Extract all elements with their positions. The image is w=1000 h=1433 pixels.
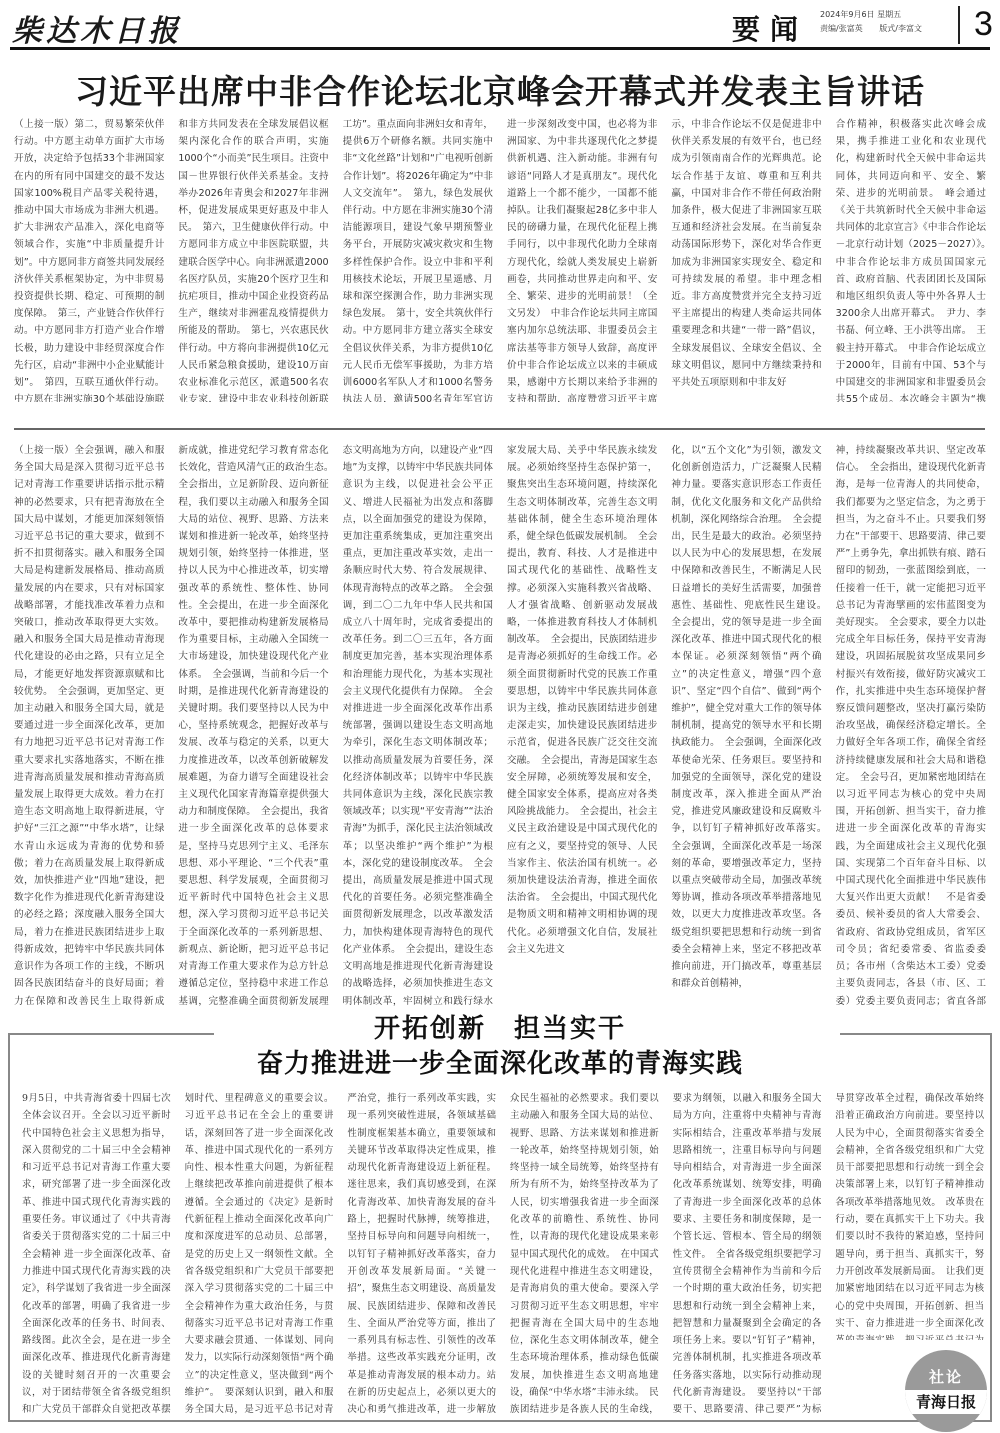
lead-article-body: （上接一版）第二，贸易繁荣伙伴行动。中方愿主动单方面扩大市场开放，决定给予包括3… [14, 116, 986, 402]
editorial-column: 严治党，推行一系列改革实践，实现一系列突破性进展，各领域基础性制度框架基本确立，… [347, 1090, 496, 1415]
lead-article-column: 进一步深刻改变中国，也必将为非洲国家、为中非共逐现代化之梦提供新机遇、注入新动能… [507, 116, 657, 402]
section-divider [14, 428, 985, 430]
editorial-column: 众民生福祉的必然要求。我们要以主动融入和服务全国大局的站位、视野、思路、方法来谋… [510, 1090, 659, 1415]
designer-credit: 版式/李富文 [879, 24, 922, 33]
plenary-article-body: （上接一版）全会强调，融入和服务全国大局是深入贯彻习近平总书记对青海工作重要讲话… [14, 442, 986, 1008]
plenary-article-column: 神，持续凝聚改革共识、坚定改革信心。 全会指出，建设现代化新青海，是每一位青海人… [836, 442, 986, 1008]
editorial-subtitle: 奋力推进进一步全面深化改革的青海实践 [0, 1043, 1000, 1080]
plenary-article-column: 新成就，推进党纪学习教育常态化长效化，营造风清气正的政治生态。 全会指出，立足新… [178, 442, 328, 1008]
editor-credit: 责编/张富英 [820, 24, 863, 33]
editorial-column: 导贯穿改革全过程，确保改革始终沿着正确政治方向前进。要坚持以人民为中心，全面贯彻… [835, 1090, 984, 1340]
plenary-article-column: 态文明高地为方向，以建设产业“四地”为支撑，以铸牢中华民族共同体意识为主线，以促… [343, 442, 493, 1008]
section-title: 要闻 [732, 8, 808, 48]
plenary-article-column: 化，以“五个文化”为引领，激发文化创新创造活力，广泛凝聚人民精神力量。要落实意识… [671, 442, 821, 1008]
issue-date: 2024年9月6日 星期五 [820, 8, 936, 22]
lead-article-column: 和非方共同发表在全球发展倡议框架内深化合作的联合声明，实施1000个“小而美”民… [178, 116, 328, 402]
editorial-column: 9月5日，中共青海省委十四届七次全体会议召开。全会以习近平新时代中国特色社会主义… [22, 1090, 171, 1415]
editorial-body: 9月5日，中共青海省委十四届七次全体会议召开。全会以习近平新时代中国特色社会主义… [22, 1090, 984, 1415]
lead-article-column: 示，中非合作论坛不仅是促进非中伙伴关系发展的有效平台，也已经成为引领南南合作的光… [671, 116, 821, 402]
editorial-column: 划时代、里程碑意义的重要会议。习近平总书记在全会上的重要讲话，深刻回答了进一步全… [185, 1090, 334, 1415]
editorial-column: 要求为纲领，以融入和服务全国大局为方向，注重将中央精神与青海实际相结合，注重改革… [673, 1090, 822, 1415]
newspaper-logo: 柴达木日报 [12, 6, 182, 50]
masthead: 柴达木日报 要闻 2024年9月6日 星期五 责编/张富英 版式/李富文 3 [10, 0, 990, 50]
editorial-badge-label: 社论 [905, 1366, 987, 1387]
lead-article-column: （上接一版）第二，贸易繁荣伙伴行动。中方愿主动单方面扩大市场开放，决定给予包括3… [14, 116, 164, 402]
plenary-article-column: （上接一版）全会强调，融入和服务全国大局是深入贯彻习近平总书记对青海工作重要讲话… [14, 442, 164, 1008]
issue-meta: 2024年9月6日 星期五 责编/张富英 版式/李富文 [820, 8, 936, 36]
lead-headline: 习近平出席中非合作论坛北京峰会开幕式并发表主旨讲话 [0, 66, 1000, 113]
editorial-title: 开拓创新 担当实干 [0, 1008, 1000, 1045]
plenary-article-column: 家发展大局、关乎中华民族永续发展。必须始终坚持生态保护第一，聚焦突出生态环境问题… [507, 442, 657, 1008]
lead-article-column: 合作精神，积极落实此次峰会成果，携手推进工业化和农业现代化，构建新时代全天候中非… [836, 116, 986, 402]
editorial-badge: 社论 青海日报 [905, 1350, 987, 1432]
lead-article-column: 工坊”。重点面向非洲妇女和青年，提供6万个研修名额。共同实施中非“文化丝路”计划… [343, 116, 493, 402]
page-number: 3 [958, 6, 993, 44]
editorial-badge-source: 青海日报 [905, 1390, 987, 1414]
